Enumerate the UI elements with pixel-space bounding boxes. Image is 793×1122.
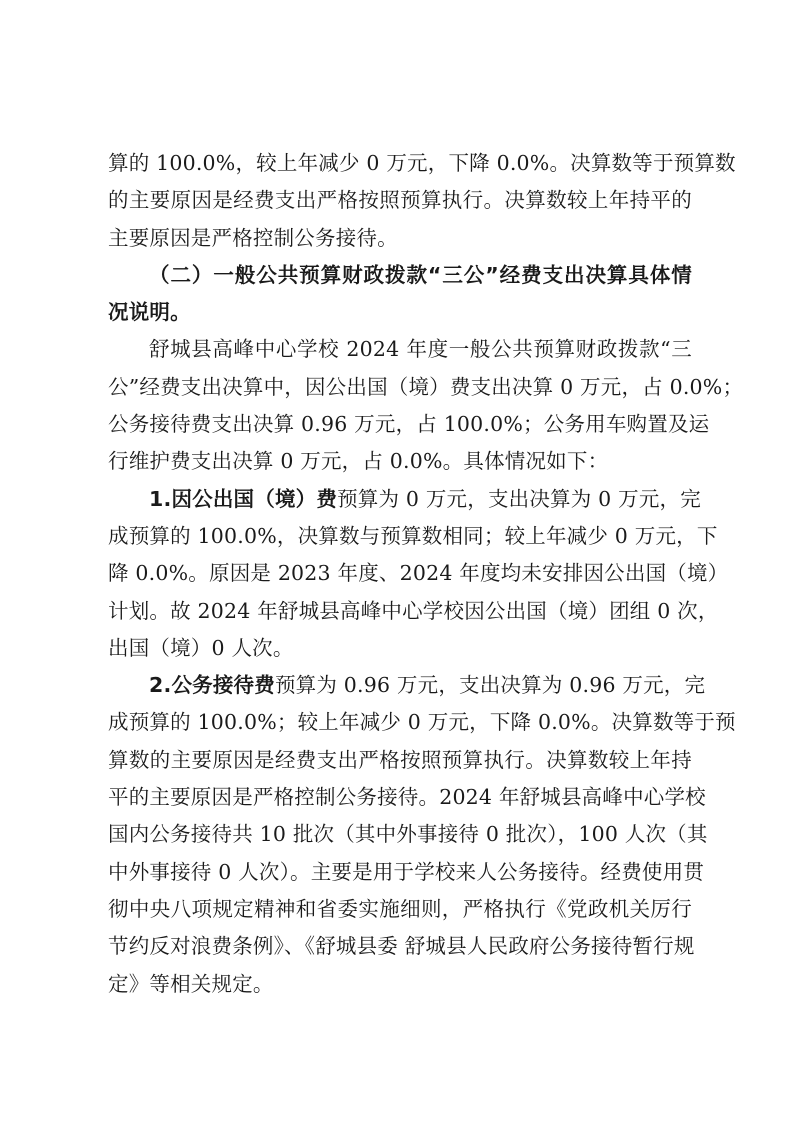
item-label: 2.公务接待费 (149, 673, 275, 697)
text-line: 公”经费支出决算中，因公出国（境）费支出决算 0 万元，占 0.0%； (108, 369, 692, 406)
text-line: 1.因公出国（境）费预算为 0 万元，支出决算为 0 万元，完 (108, 481, 692, 518)
text-line: 中外事接待 0 人次）。主要是用于学校来人公务接待。经费使用贯 (108, 854, 692, 891)
text-line: 定》等相关规定。 (108, 966, 692, 1003)
text-line: 算的 100.0%，较上年减少 0 万元，下降 0.0%。决算数等于预算数 (108, 145, 692, 182)
paragraph-continuation: 算的 100.0%，较上年减少 0 万元，下降 0.0%。决算数等于预算数 的主… (108, 145, 692, 257)
text-line: 行维护费支出决算 0 万元，占 0.0%。具体情况如下： (108, 443, 692, 480)
text-line: 国内公务接待共 10 批次（其中外事接待 0 批次），100 人次（其 (108, 816, 692, 853)
item-label: 1.因公出国（境）费 (149, 487, 337, 511)
text-line: 主要原因是严格控制公务接待。 (108, 220, 692, 257)
section-heading: （二）一般公共预算财政拨款“三公”经费支出决算具体情 况说明。 (108, 257, 692, 332)
paragraph-overseas-travel: 1.因公出国（境）费预算为 0 万元，支出决算为 0 万元，完 成预算的 100… (108, 481, 692, 667)
text-line: 算数的主要原因是经费支出严格按照预算执行。决算数较上年持 (108, 742, 692, 779)
text-line: 出国（境）0 人次。 (108, 630, 692, 667)
text-line: 降 0.0%。原因是 2023 年度、2024 年度均未安排因公出国（境） (108, 555, 692, 592)
text-line: 的主要原因是经费支出严格按照预算执行。决算数较上年持平的 (108, 182, 692, 219)
text-line: 平的主要原因是严格控制公务接待。2024 年舒城县高峰中心学校 (108, 779, 692, 816)
text-line: 计划。故 2024 年舒城县高峰中心学校因公出国（境）团组 0 次， (108, 593, 692, 630)
paragraph-official-reception: 2.公务接待费预算为 0.96 万元，支出决算为 0.96 万元，完 成预算的 … (108, 667, 692, 1003)
item-text: 预算为 0.96 万元，支出决算为 0.96 万元，完 (275, 673, 705, 697)
item-text: 预算为 0 万元，支出决算为 0 万元，完 (337, 487, 701, 511)
heading-line: （二）一般公共预算财政拨款“三公”经费支出决算具体情 (108, 257, 692, 294)
text-line: 舒城县高峰中心学校 2024 年度一般公共预算财政拨款“三 (108, 331, 692, 368)
text-line: 成预算的 100.0%，决算数与预算数相同；较上年减少 0 万元，下 (108, 518, 692, 555)
text-line: 节约反对浪费条例》、《舒城县委 舒城县人民政府公务接待暂行规 (108, 928, 692, 965)
text-line: 彻中央八项规定精神和省委实施细则，严格执行《党政机关厉行 (108, 891, 692, 928)
heading-line: 况说明。 (108, 294, 692, 331)
text-line: 公务接待费支出决算 0.96 万元，占 100.0%；公务用车购置及运 (108, 406, 692, 443)
paragraph-summary: 舒城县高峰中心学校 2024 年度一般公共预算财政拨款“三 公”经费支出决算中，… (108, 331, 692, 480)
text-line: 成预算的 100.0%；较上年减少 0 万元，下降 0.0%。决算数等于预 (108, 704, 692, 741)
text-line: 2.公务接待费预算为 0.96 万元，支出决算为 0.96 万元，完 (108, 667, 692, 704)
document-page: 算的 100.0%，较上年减少 0 万元，下降 0.0%。决算数等于预算数 的主… (108, 145, 692, 1003)
